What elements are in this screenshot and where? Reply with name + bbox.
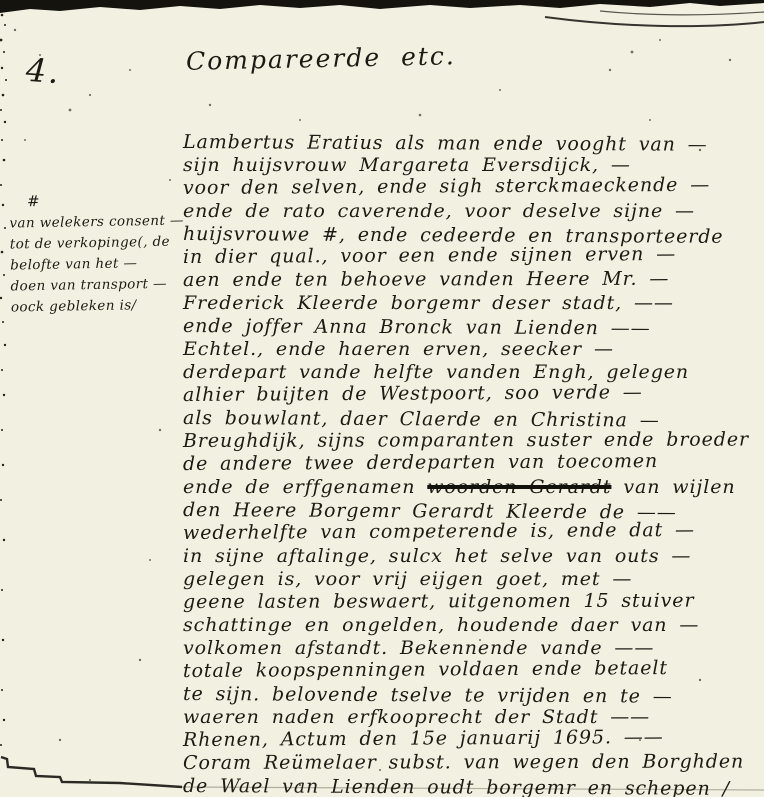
margin-note-lines: van welekers consent —tot de verkopinge(…: [9, 211, 183, 319]
manuscript-line: in sijne aftalinge, sulcx het selve van …: [183, 545, 761, 568]
manuscript-line: tot de verkopinge(, de: [10, 232, 182, 256]
left-edge-speckles: [0, 14, 7, 746]
page-edge-top-curl: [545, 17, 764, 26]
manuscript-line: wederhelfte van competerende is, ende da…: [183, 518, 761, 545]
manuscript-line: belofte van het —: [10, 252, 182, 276]
manuscript-line: ende de erffgenamen woorden Gerardt van …: [183, 476, 761, 499]
manuscript-line: alhier buijten de Westpoort, soo verde —: [183, 380, 761, 407]
manuscript-line: ende de rato caverende, voor deselve sij…: [183, 200, 761, 223]
manuscript-line: Coram Reümelaer subst. van wegen den Bor…: [183, 750, 761, 775]
manuscript-line: Frederick Kleerde borgemr deser stadt, —…: [183, 292, 761, 315]
manuscript-page: 4. Compareerde etc. # van welekers conse…: [0, 0, 764, 797]
struck-text: woorden Gerardt: [427, 476, 611, 498]
manuscript-line: schattinge en ongelden, houdende daer va…: [183, 614, 761, 637]
manuscript-line: de Wael van Lienden oudt borgemr en sche…: [183, 775, 761, 797]
document-heading: Compareerde etc.: [186, 41, 456, 76]
manuscript-line: voor den selven, ende sigh sterckmaecken…: [183, 173, 761, 200]
manuscript-line: aen ende ten behoeve vanden Heere Mr. —: [183, 267, 761, 292]
text-fragment: van wijlen: [611, 476, 735, 498]
manuscript-line: doen van transport —: [10, 273, 182, 297]
manuscript-line: ende joffer Anna Bronck van Lienden ——: [183, 315, 761, 341]
page-number: 4.: [25, 51, 62, 91]
page-edge-top-curl2: [600, 11, 764, 15]
manuscript-line: de andere twee derdeparten van toecomen: [183, 449, 761, 476]
page-edge-bottom-left: [1, 757, 182, 787]
manuscript-line: te sijn. belovende tselve te vrijden en …: [183, 683, 761, 709]
text-fragment: ende de erffgenamen: [183, 476, 427, 498]
manuscript-line: Echtel., ende haeren erven, seecker —: [183, 338, 761, 361]
manuscript-line: in dier qual., voor een ende sijnen erve…: [183, 242, 761, 269]
manuscript-body: Lambertus Eratius als man ende vooght va…: [183, 131, 761, 797]
page-edge-top: [0, 0, 764, 13]
margin-note-mark: #: [27, 189, 181, 213]
manuscript-line: van welekers consent —: [9, 211, 181, 235]
manuscript-line: Lambertus Eratius als man ende vooght va…: [183, 131, 761, 157]
manuscript-line: geene lasten beswaert, uitgenomen 15 stu…: [183, 589, 761, 614]
manuscript-line: totale koopspenningen voldaen ende betae…: [183, 656, 761, 683]
manuscript-line: Rhenen, Actum den 15e januarij 1695. ——: [183, 725, 761, 752]
margin-note: # van welekers consent —tot de verkoping…: [9, 189, 183, 319]
manuscript-line: oock gebleken is/: [11, 294, 183, 318]
manuscript-line: gelegen is, voor vrij eijgen goet, met —: [183, 568, 761, 591]
